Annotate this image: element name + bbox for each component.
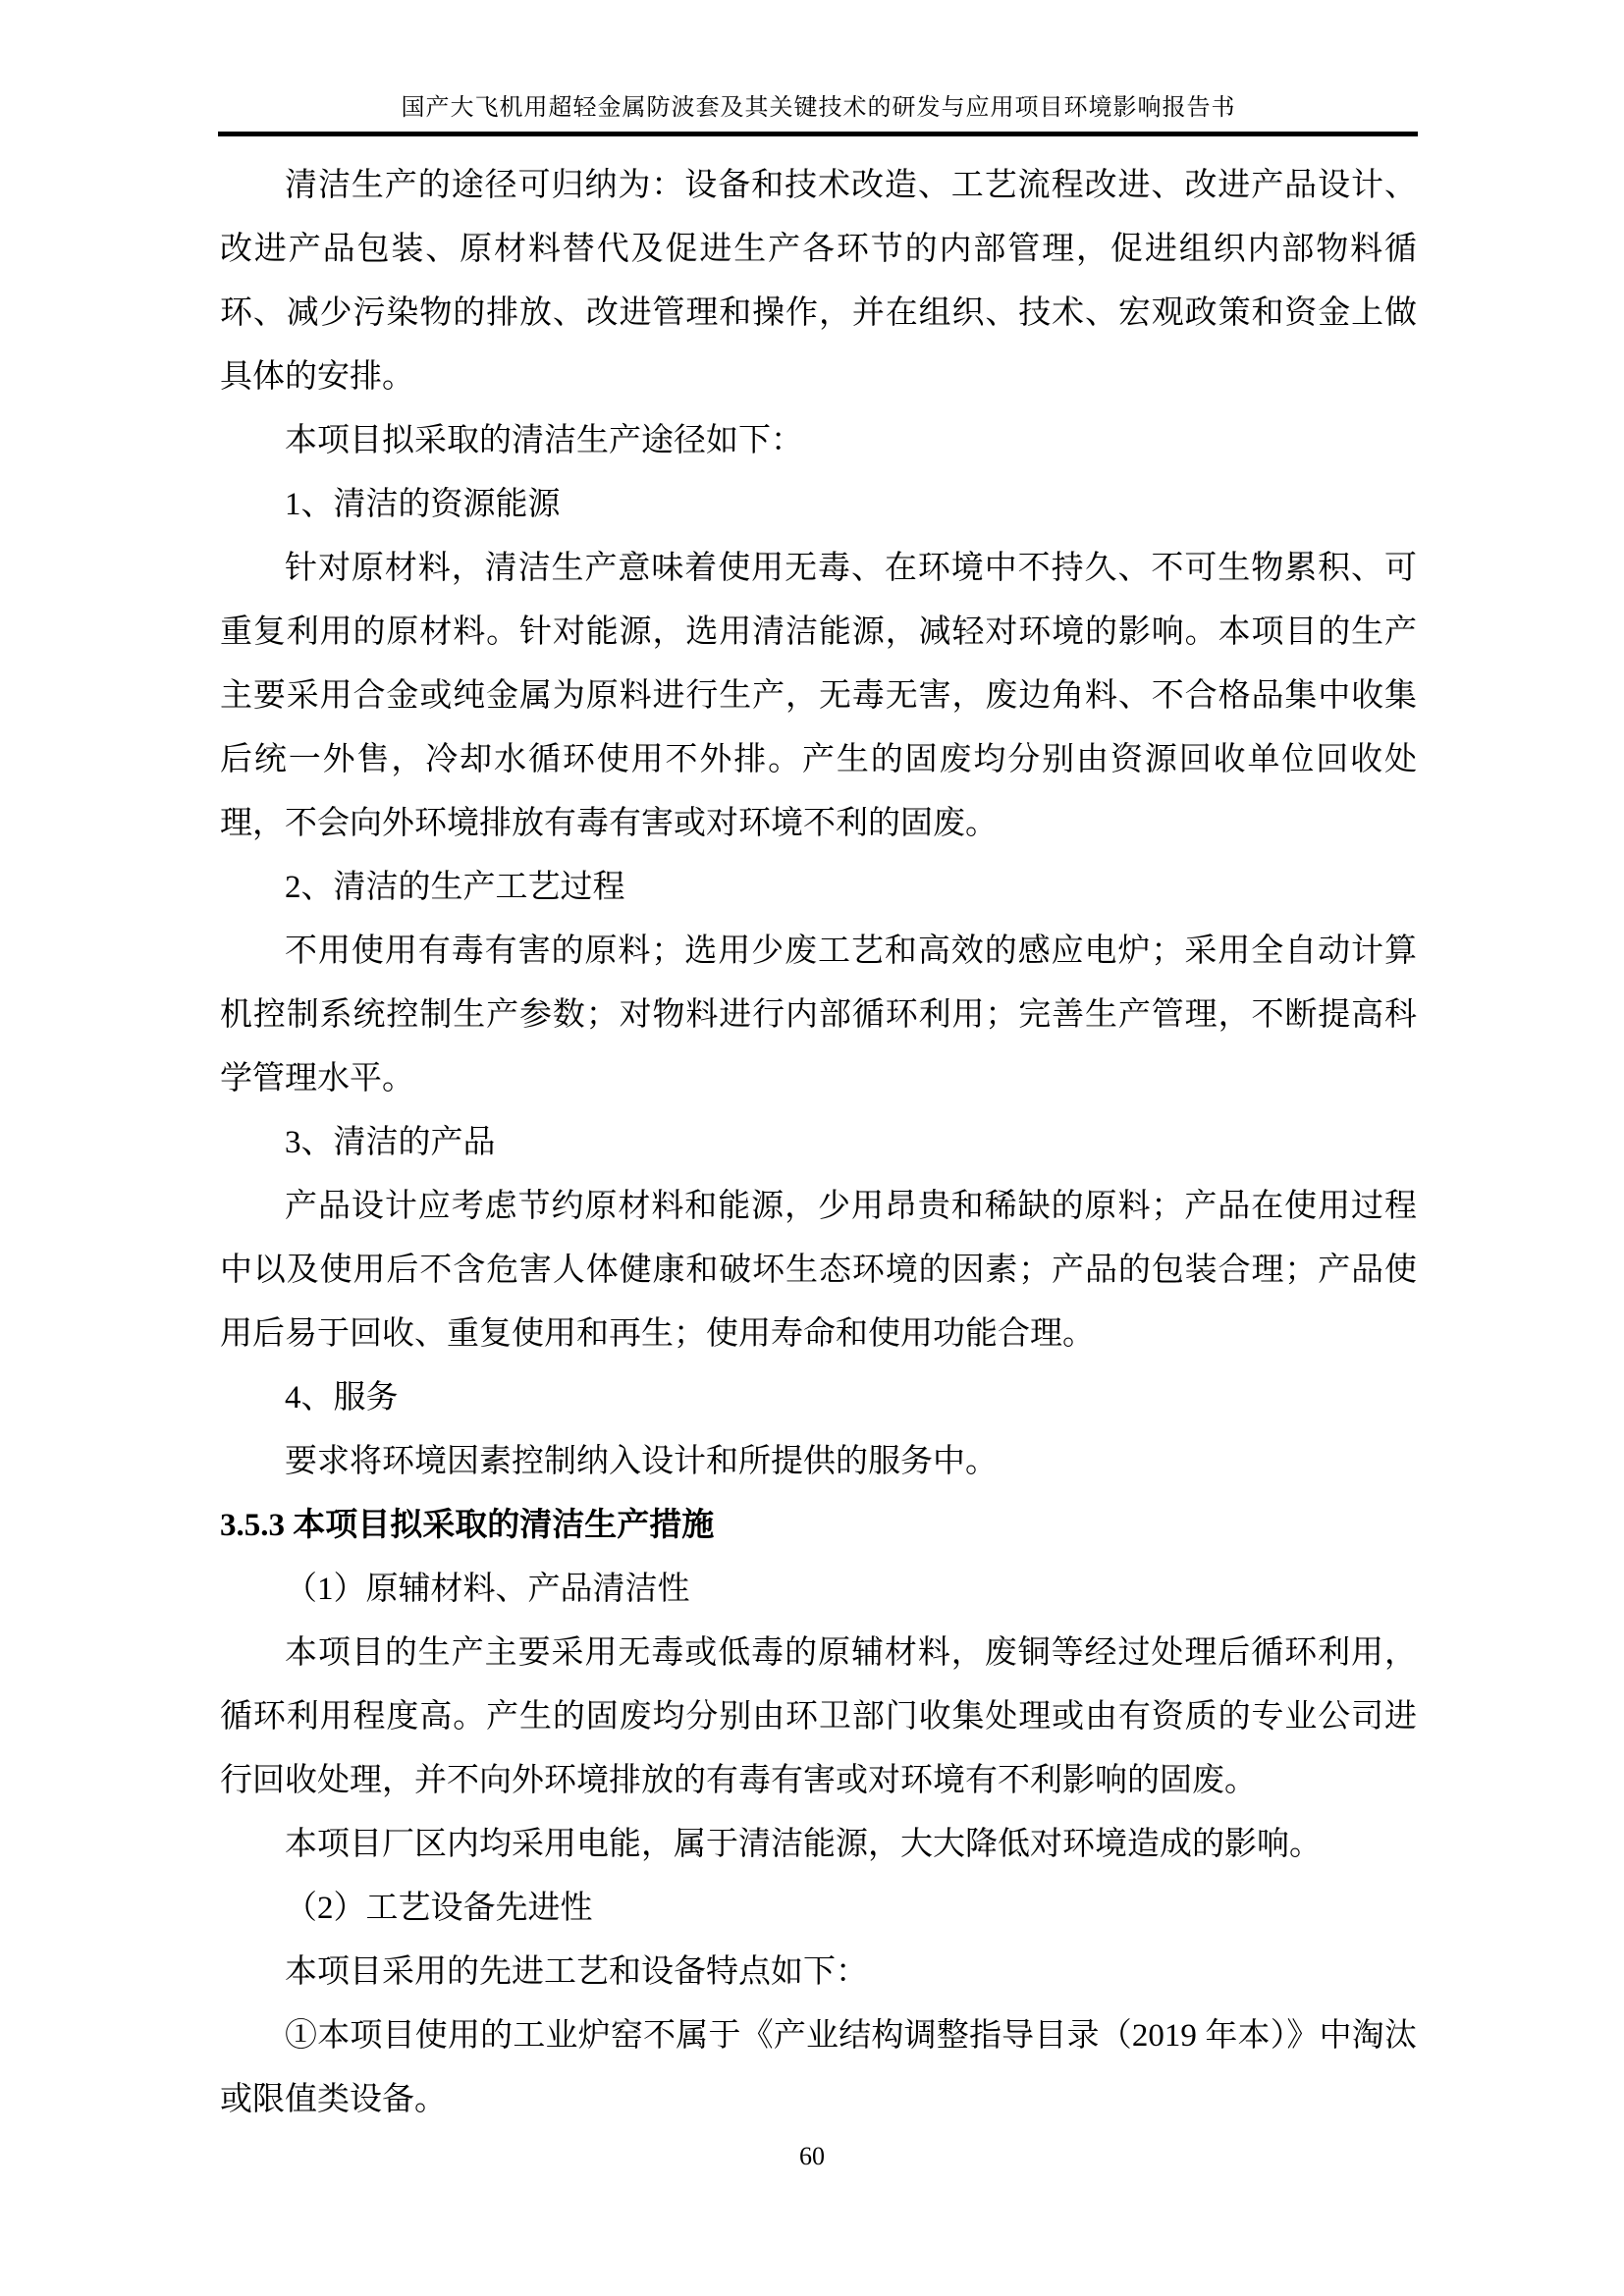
document-body: 清洁生产的途径可归纳为：设备和技术改造、工艺流程改进、改进产品设计、改进产品包装…: [220, 154, 1417, 2132]
paragraph-item-3-title: 3、清洁的产品: [220, 1111, 1417, 1175]
paragraph-item-1-body: 针对原材料，清洁生产意味着使用无毒、在环境中不持久、不可生物累积、可重复利用的原…: [220, 537, 1417, 856]
paragraph-item-2-title: 2、清洁的生产工艺过程: [220, 856, 1417, 920]
paragraph-clean-production-paths: 清洁生产的途径可归纳为：设备和技术改造、工艺流程改进、改进产品设计、改进产品包装…: [220, 154, 1417, 409]
paragraph-measure-1-title: （1）原辅材料、产品清洁性: [220, 1558, 1417, 1622]
paragraph-measure-1-body: 本项目的生产主要采用无毒或低毒的原辅材料，废铜等经过处理后循环利用，循环利用程度…: [220, 1622, 1417, 1813]
paragraph-electric-energy: 本项目厂区内均采用电能，属于清洁能源，大大降低对环境造成的影响。: [220, 1813, 1417, 1877]
header-rule: [218, 132, 1418, 136]
section-heading-3-5-3: 3.5.3 本项目拟采取的清洁生产措施: [220, 1494, 1417, 1558]
paragraph-intro-paths: 本项目拟采取的清洁生产途径如下：: [220, 409, 1417, 473]
document-page: 国产大飞机用超轻金属防波套及其关键技术的研发与应用项目环境影响报告书 清洁生产的…: [0, 0, 1624, 2296]
paragraph-item-4-title: 4、服务: [220, 1366, 1417, 1430]
paragraph-item-3-body: 产品设计应考虑节约原材料和能源，少用昂贵和稀缺的原料；产品在使用过程中以及使用后…: [220, 1175, 1417, 1366]
paragraph-item-2-body: 不用使用有毒有害的原料；选用少废工艺和高效的感应电炉；采用全自动计算机控制系统控…: [220, 920, 1417, 1111]
paragraph-equipment-intro: 本项目采用的先进工艺和设备特点如下：: [220, 1941, 1417, 2004]
page-header-title: 国产大飞机用超轻金属防波套及其关键技术的研发与应用项目环境影响报告书: [220, 92, 1417, 124]
paragraph-item-1-title: 1、清洁的资源能源: [220, 473, 1417, 537]
paragraph-furnace-note: ①本项目使用的工业炉窑不属于《产业结构调整指导目录（2019 年本）》中淘汰或限…: [220, 2004, 1417, 2132]
paragraph-item-4-body: 要求将环境因素控制纳入设计和所提供的服务中。: [220, 1430, 1417, 1494]
paragraph-measure-2-title: （2）工艺设备先进性: [220, 1877, 1417, 1941]
page-number: 60: [0, 2140, 1624, 2173]
